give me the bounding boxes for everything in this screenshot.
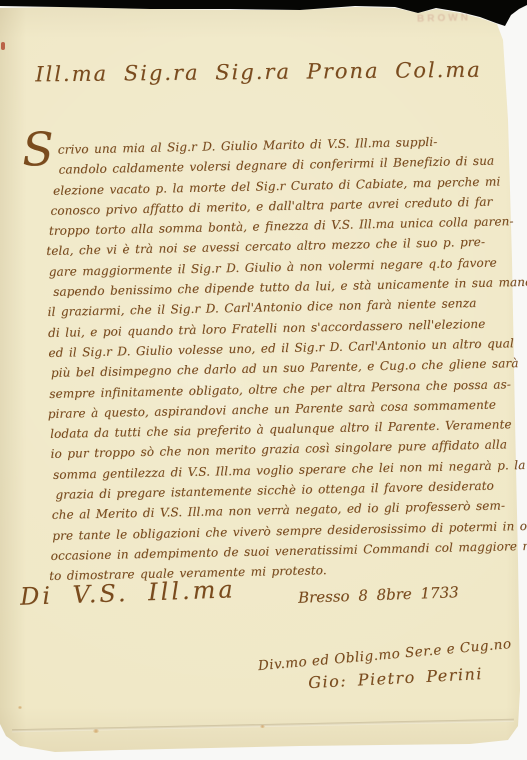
foxing-spot [18, 706, 22, 709]
red-edge-mark [1, 42, 5, 50]
scanned-letter-page: BROWN Ill.ma Sig.ra Sig.ra Prona Col.ma … [0, 0, 527, 760]
foxing-spot [93, 729, 99, 733]
letter-body: Scrivo una mia al Sig.r D. Giulio Marito… [44, 130, 527, 586]
foxing-spot [260, 725, 265, 728]
